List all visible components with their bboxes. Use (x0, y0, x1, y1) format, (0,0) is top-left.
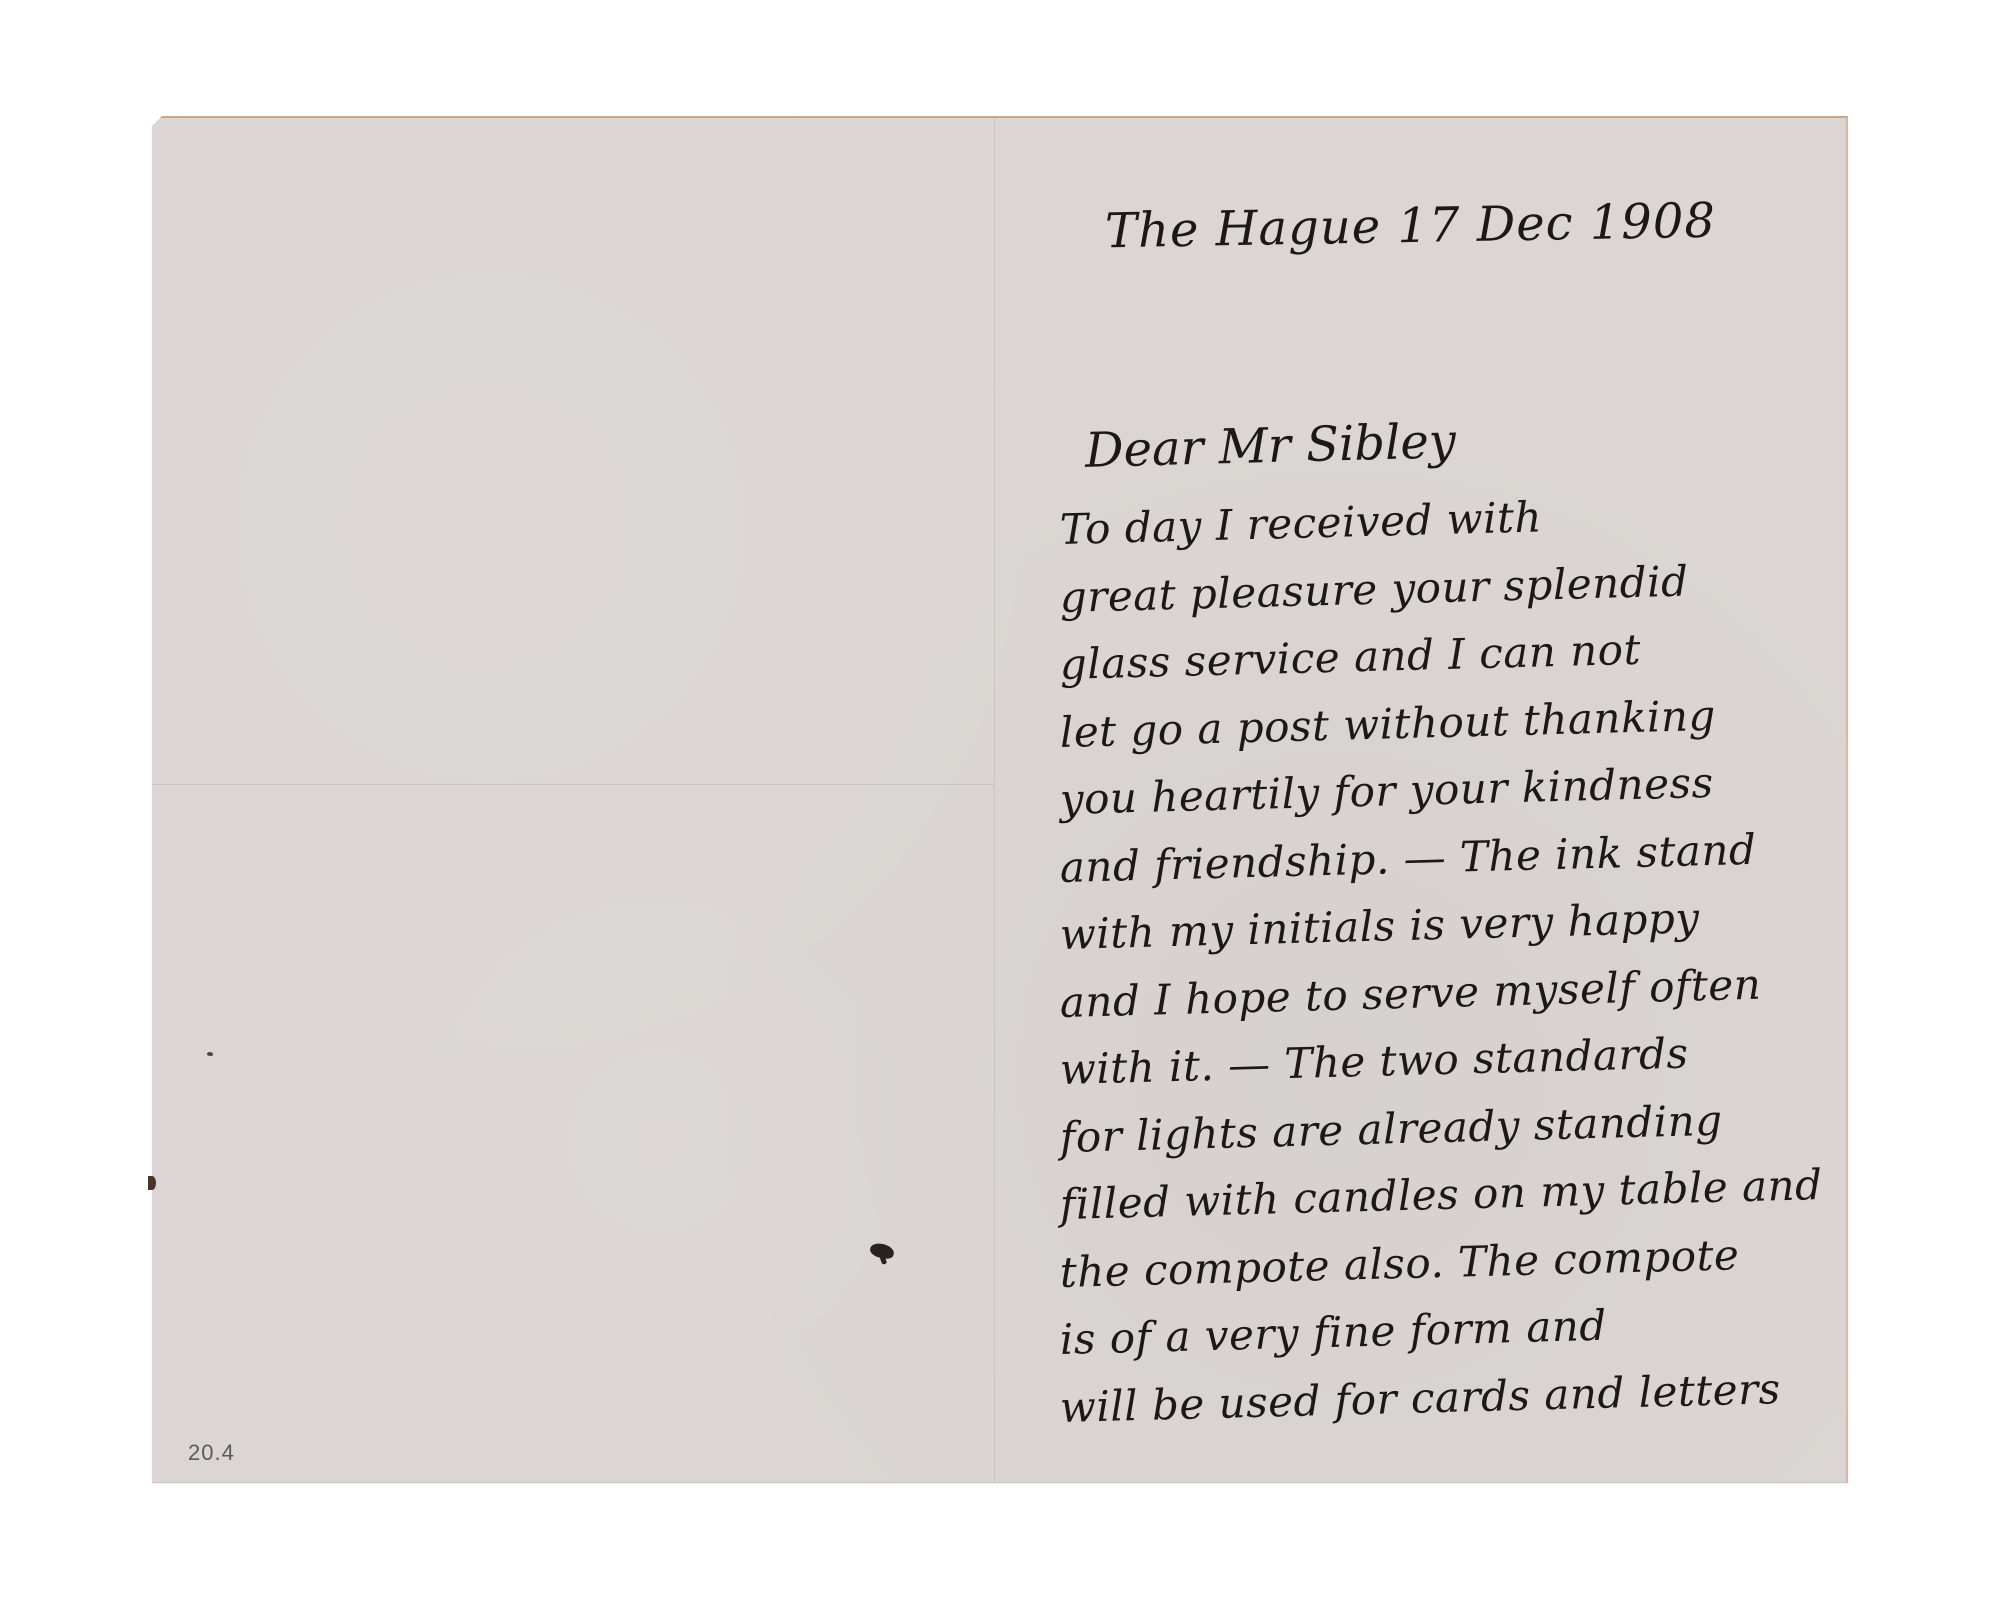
letter-dateline: The Hague 17 Dec 1908 (1105, 193, 1717, 260)
ink-speck-mark (207, 1052, 213, 1056)
document-scan: 20.4 The Hague 17 Dec 1908 Dear Mr Sible… (0, 0, 2000, 1600)
letter-sheet: 20.4 The Hague 17 Dec 1908 Dear Mr Sible… (152, 116, 1848, 1483)
letter-body: To day I received with great pleasure yo… (1060, 500, 1880, 1445)
letter-salutation: Dear Mr Sibley (1084, 413, 1456, 479)
horizontal-fold-crease (152, 784, 995, 786)
edge-stain-mark (148, 1176, 156, 1190)
ink-blot-mark (869, 1242, 895, 1260)
right-page-letter: The Hague 17 Dec 1908 Dear Mr Sibley To … (995, 118, 1846, 1482)
catalog-number: 20.4 (188, 1440, 235, 1466)
left-page-blank: 20.4 (152, 118, 995, 1482)
